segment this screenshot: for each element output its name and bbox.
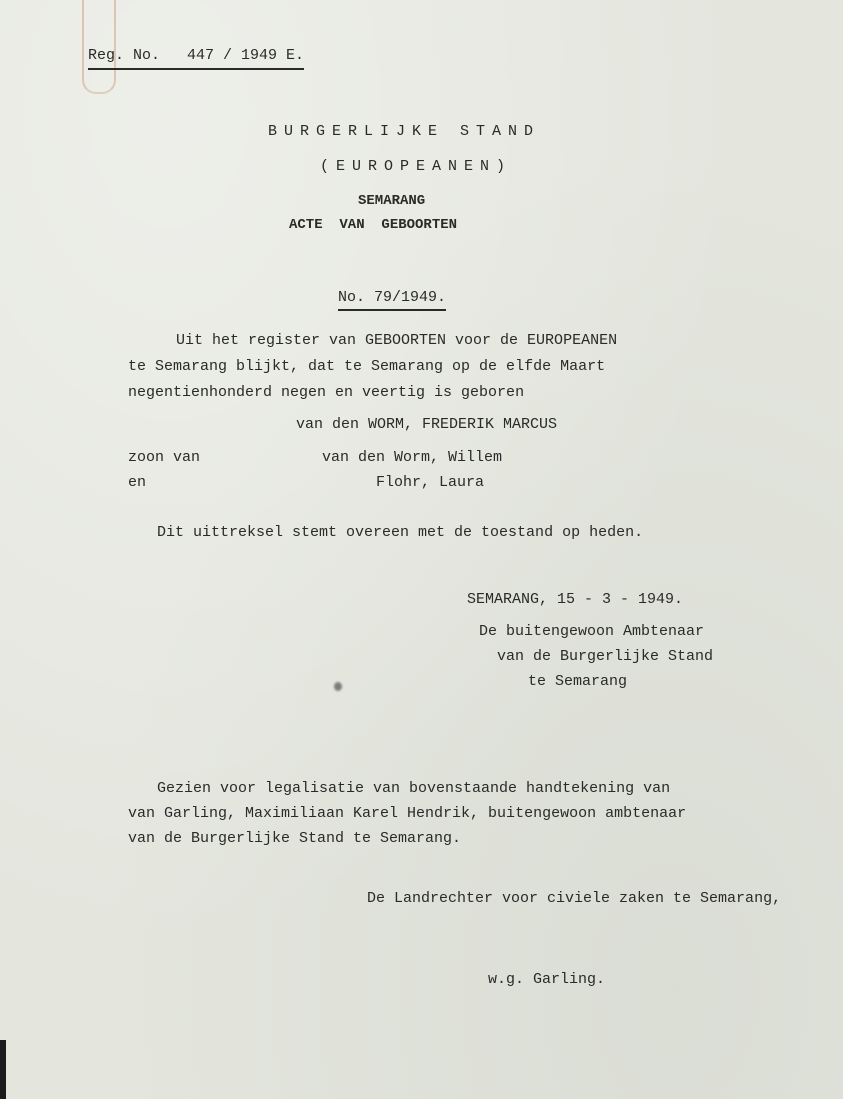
father-label: zoon van xyxy=(128,449,200,467)
title-semarang: SEMARANG xyxy=(358,192,425,210)
father-name: van den Worm, Willem xyxy=(322,449,502,467)
body-line-2: te Semarang blijkt, dat te Semarang op d… xyxy=(128,358,605,376)
place-date: SEMARANG, 15 - 3 - 1949. xyxy=(467,591,683,609)
page-edge-shadow xyxy=(0,1040,6,1099)
mother-name: Flohr, Laura xyxy=(376,474,484,492)
act-number: No. 79/1949. xyxy=(338,289,446,311)
title-europeanen: (EUROPEANEN) xyxy=(320,158,512,176)
official-title-2: van de Burgerlijke Stand xyxy=(497,648,713,666)
body-line-1: Uit het register van GEBOORTEN voor de E… xyxy=(176,332,617,350)
title-burgerlijke-stand: BURGERLIJKE STAND xyxy=(268,123,540,141)
statement: Dit uittreksel stemt overeen met de toes… xyxy=(157,524,643,542)
mother-label: en xyxy=(128,474,146,492)
signature: w.g. Garling. xyxy=(488,971,605,989)
title-acte-van-geboorten: ACTE VAN GEBOORTEN xyxy=(289,216,457,234)
child-name: van den WORM, FREDERIK MARCUS xyxy=(296,416,557,434)
registration-number: Reg. No. 447 / 1949 E. xyxy=(88,47,304,70)
legalisation-line-2: van Garling, Maximiliaan Karel Hendrik, … xyxy=(128,805,686,823)
ink-spot xyxy=(334,682,342,691)
body-line-3: negentienhonderd negen en veertig is geb… xyxy=(128,384,524,402)
legalisation-line-3: van de Burgerlijke Stand te Semarang. xyxy=(128,830,461,848)
official-title-3: te Semarang xyxy=(528,673,627,691)
legalisation-line-1: Gezien voor legalisatie van bovenstaande… xyxy=(157,780,670,798)
official-title-1: De buitengewoon Ambtenaar xyxy=(479,623,704,641)
judge-title: De Landrechter voor civiele zaken te Sem… xyxy=(367,890,781,908)
document-page: Reg. No. 447 / 1949 E. BURGERLIJKE STAND… xyxy=(0,0,843,1099)
